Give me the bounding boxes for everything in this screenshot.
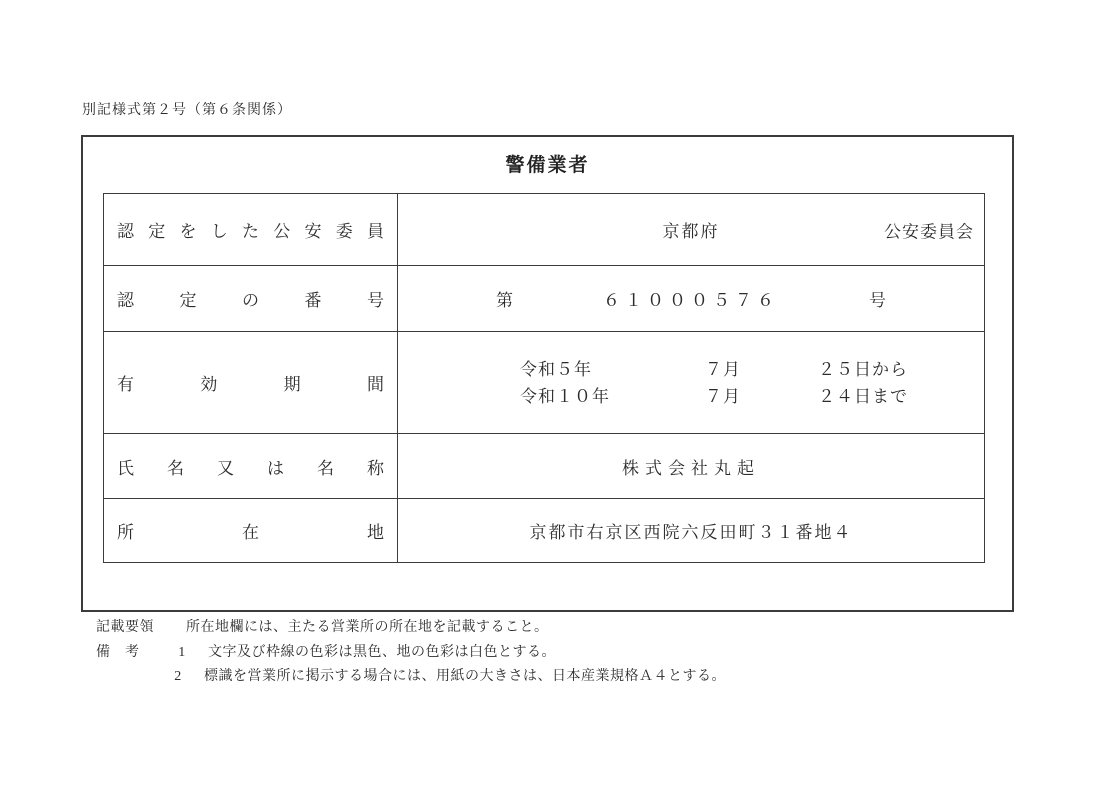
- table-row-commission: 認定をした公安委員 京都府 公安委員会: [104, 194, 984, 265]
- certificate-sign-border: 警備業者 認定をした公安委員 京都府 公安委員会 認定の番号 第 ６１０００５７…: [81, 135, 1014, 612]
- note-remark-1: 備 考 1 文字及び枠線の色彩は黒色、地の色彩は白色とする。: [96, 641, 556, 661]
- certificate-table: 認定をした公安委員 京都府 公安委員会 認定の番号 第 ６１０００５７６ 号: [103, 193, 985, 563]
- number-label: 認定の番号: [117, 286, 384, 311]
- validity-from-month: ７月: [705, 356, 818, 383]
- table-row-number: 認定の番号 第 ６１０００５７６ 号: [104, 265, 984, 331]
- remark-2-number: 2: [172, 669, 184, 685]
- address-value-cell: 京都市右京区西院六反田町３１番地４: [398, 499, 984, 562]
- number-prefix: 第: [496, 286, 513, 311]
- remark-1-text: 文字及び枠線の色彩は黒色、地の色彩は白色とする。: [208, 645, 556, 660]
- note-remark-2: 2 標識を営業所に掲示する場合には、用紙の大きさは、日本産業規格Ａ４とする。: [172, 665, 726, 685]
- validity-from-day: ２５日から: [818, 356, 984, 383]
- name-label-cell: 氏名又は名称: [104, 434, 398, 498]
- commission-value-cell: 京都府 公安委員会: [398, 194, 984, 265]
- scanned-document: 別記様式第２号（第６条関係） 警備業者 認定をした公安委員 京都府 公安委員会 …: [0, 0, 1117, 785]
- certificate-title: 警備業者: [83, 150, 1012, 177]
- validity-value-cell: 令和５年 ７月 ２５日から 令和１０年 ７月 ２４日まで: [398, 332, 984, 433]
- validity-label-cell: 有効期間: [104, 332, 398, 433]
- address-label: 所在地: [117, 518, 384, 543]
- note-guideline: 記載要領 所在地欄には、主たる営業所の所在地を記載すること。: [96, 616, 549, 636]
- validity-from-line: 令和５年 ７月 ２５日から: [398, 356, 984, 383]
- company-address: 京都市右京区西院六反田町３１番地４: [530, 518, 853, 543]
- company-name: 株式会社丸起: [622, 454, 760, 479]
- validity-to-month: ７月: [705, 383, 818, 410]
- validity-label: 有効期間: [117, 370, 384, 395]
- table-row-validity: 有効期間 令和５年 ７月 ２５日から 令和１０年 ７月 ２４日まで: [104, 331, 984, 433]
- form-reference: 別記様式第２号（第６条関係）: [82, 99, 292, 119]
- validity-to-line: 令和１０年 ７月 ２４日まで: [398, 383, 984, 410]
- number-suffix: 号: [869, 286, 886, 311]
- name-label: 氏名又は名称: [117, 454, 384, 479]
- validity-from-year: 令和５年: [520, 356, 705, 383]
- commission-label: 認定をした公安委員: [117, 217, 384, 242]
- guideline-text: 所在地欄には、主たる営業所の所在地を記載すること。: [186, 620, 549, 635]
- validity-to-day: ２４日まで: [818, 383, 984, 410]
- table-row-name: 氏名又は名称 株式会社丸起: [104, 433, 984, 498]
- commission-suffix: 公安委員会: [884, 217, 974, 242]
- certification-number: ６１０００５７６: [603, 286, 779, 311]
- number-value-cell: 第 ６１０００５７６ 号: [398, 266, 984, 331]
- name-value-cell: 株式会社丸起: [398, 434, 984, 498]
- commission-label-cell: 認定をした公安委員: [104, 194, 398, 265]
- table-row-address: 所在地 京都市右京区西院六反田町３１番地４: [104, 498, 984, 562]
- address-label-cell: 所在地: [104, 499, 398, 562]
- guideline-label: 記載要領: [96, 616, 182, 636]
- remarks-label: 備 考: [96, 641, 158, 661]
- validity-to-year: 令和１０年: [520, 383, 705, 410]
- remark-1-number: 1: [176, 645, 188, 661]
- number-label-cell: 認定の番号: [104, 266, 398, 331]
- remark-2-text: 標識を営業所に掲示する場合には、用紙の大きさは、日本産業規格Ａ４とする。: [204, 669, 726, 684]
